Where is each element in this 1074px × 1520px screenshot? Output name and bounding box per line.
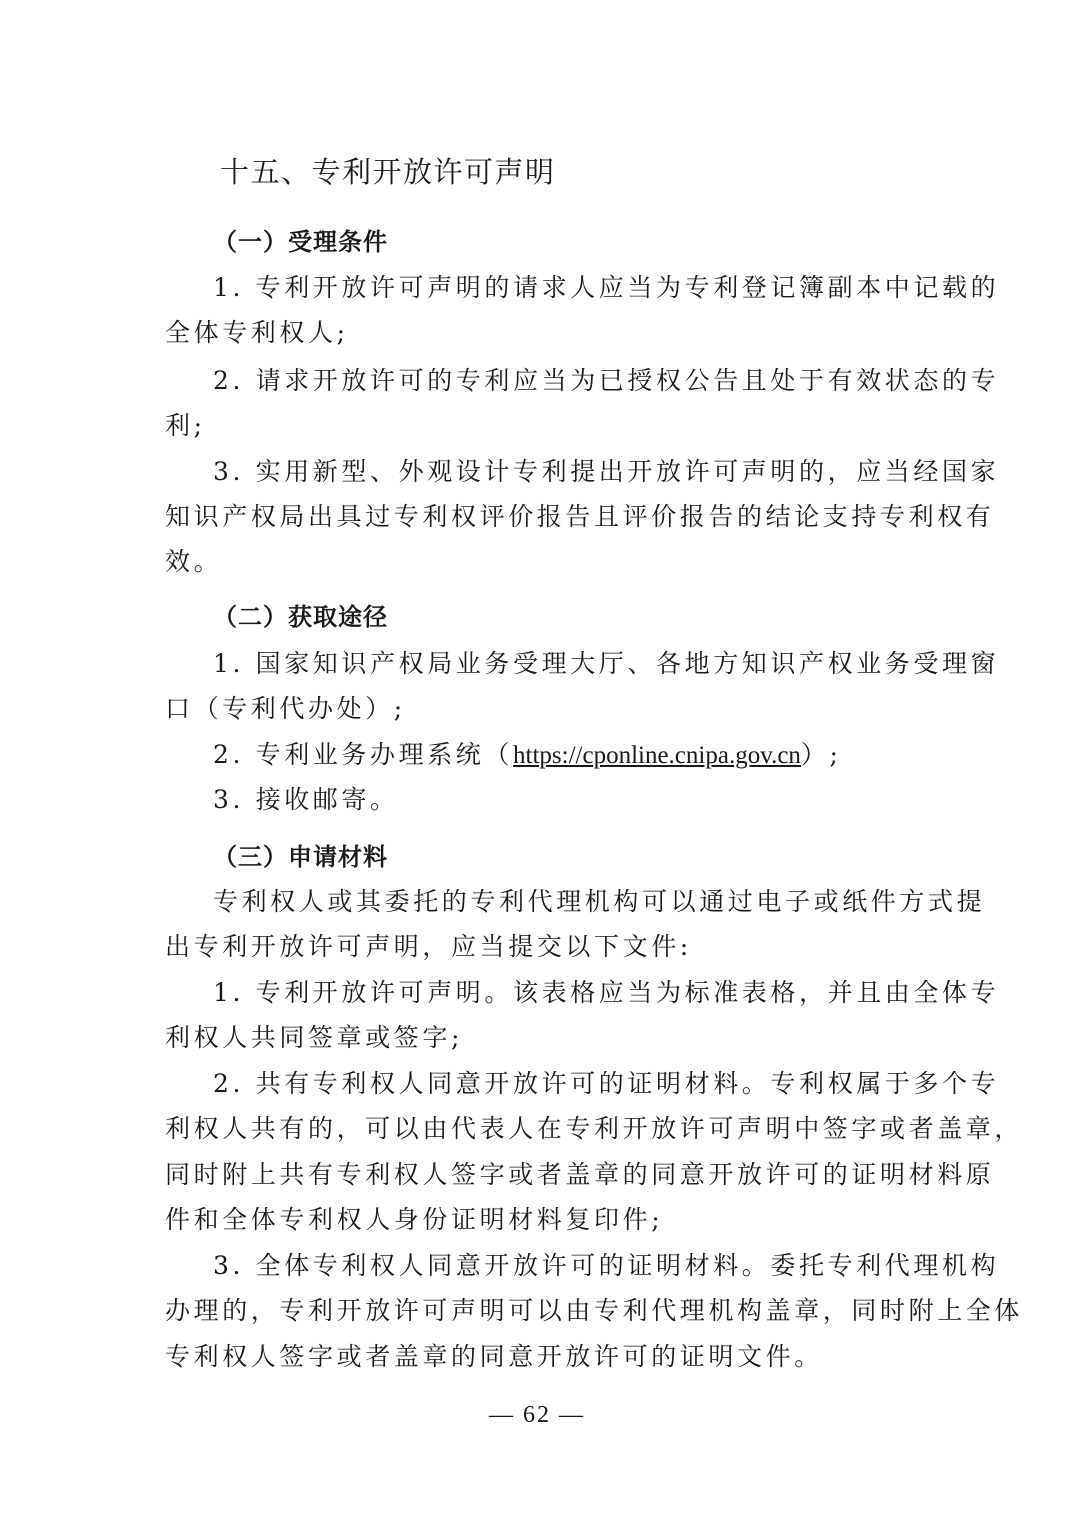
subheading-access-channels: （二）获取途径	[213, 600, 388, 634]
paragraph-line: 3. 接收邮寄。	[213, 783, 963, 817]
paragraph-line: 1. 国家知识产权局业务受理大厅、各地方知识产权业务受理窗	[213, 647, 963, 681]
paragraph-line: 3. 实用新型、外观设计专利提出开放许可声明的，应当经国家	[213, 455, 963, 489]
paragraph-line: 专利权人或其委托的专利代理机构可以通过电子或纸件方式提	[213, 885, 963, 919]
page-number: — 62 —	[0, 1398, 1074, 1432]
section-title: 十五、专利开放许可声明	[220, 152, 556, 192]
paragraph-line: 效。	[165, 545, 915, 579]
paragraph-line: 利权人共同签章或签字;	[165, 1021, 915, 1055]
subheading-acceptance-conditions: （一）受理条件	[213, 225, 388, 259]
paragraph-line: 2. 请求开放许可的专利应当为已授权公告且处于有效状态的专	[213, 364, 963, 398]
paragraph-line: 利权人共有的，可以由代表人在专利开放许可声明中签字或者盖章，	[165, 1112, 915, 1146]
paragraph-line: 办理的，专利开放许可声明可以由专利代理机构盖章，同时附上全体	[165, 1294, 915, 1328]
paragraph-line: 1. 专利开放许可声明的请求人应当为专利登记簿副本中记载的	[213, 271, 963, 305]
paragraph-line: 件和全体专利权人身份证明材料复印件;	[165, 1203, 915, 1237]
paragraph-line: 3. 全体专利权人同意开放许可的证明材料。委托专利代理机构	[213, 1249, 963, 1283]
online-system-suffix: ）;	[801, 740, 842, 769]
paragraph-line: 口（专利代办处）;	[165, 692, 915, 726]
paragraph-line: 知识产权局出具过专利权评价报告且评价报告的结论支持专利权有	[165, 500, 915, 534]
paragraph-line: 2. 共有专利权人同意开放许可的证明材料。专利权属于多个专	[213, 1067, 963, 1101]
paragraph-line: 利;	[165, 409, 915, 443]
subheading-application-materials: （三）申请材料	[213, 840, 388, 874]
paragraph-line: 1. 专利开放许可声明。该表格应当为标准表格，并且由全体专	[213, 976, 963, 1010]
paragraph-line: 出专利开放许可声明，应当提交以下文件:	[165, 930, 915, 964]
document-page: 十五、专利开放许可声明 （一）受理条件 1. 专利开放许可声明的请求人应当为专利…	[0, 0, 1074, 1520]
cponline-link[interactable]: https://cponline.cnipa.gov.cn	[513, 742, 801, 769]
paragraph-line: 专利权人签字或者盖章的同意开放许可的证明文件。	[165, 1340, 915, 1374]
online-system-item: 2. 专利业务办理系统（https://cponline.cnipa.gov.c…	[213, 738, 963, 773]
online-system-prefix: 2. 专利业务办理系统（	[213, 740, 513, 769]
paragraph-line: 全体专利权人;	[165, 316, 915, 350]
paragraph-line: 同时附上共有专利权人签字或者盖章的同意开放许可的证明材料原	[165, 1158, 915, 1192]
